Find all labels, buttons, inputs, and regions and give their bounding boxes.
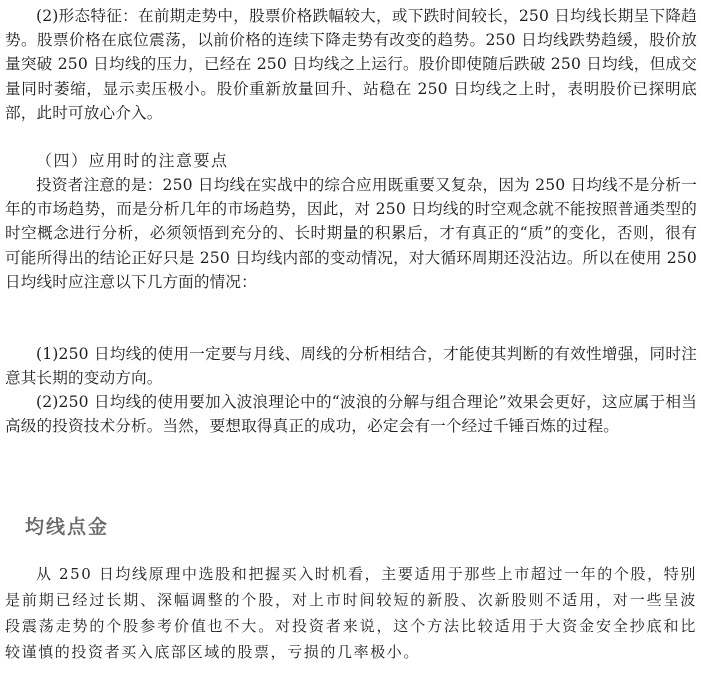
section-heading-block: （四）应用时的注意要点 — [5, 149, 697, 173]
point-2-paragraph: (2)250 日均线的使用要加入波浪理论中的“波浪的分解与组合理论”效果会更好，… — [5, 390, 697, 438]
point-1-block: (1)250 日均线的使用一定要与月线、周线的分析相结合，才能使其判断的有效性增… — [5, 342, 697, 390]
point-2-block: (2)250 日均线的使用要加入波浪理论中的“波浪的分解与组合理论”效果会更好，… — [5, 390, 697, 438]
application-intro-block: 投资者注意的是：250 日均线在实战中的综合应用既重要又复杂，因为 250 日均… — [5, 173, 697, 294]
tip-box-heading: 均线点金 — [25, 512, 109, 539]
tip-box-body: 从 250 日均线原理中选股和把握买入时机看，主要适用于那些上市超过一年的个股，… — [5, 561, 697, 665]
application-intro-paragraph: 投资者注意的是：250 日均线在实战中的综合应用既重要又复杂，因为 250 日均… — [5, 173, 697, 294]
section-heading: （四）应用时的注意要点 — [5, 149, 697, 173]
form-features-block: (2)形态特征：在前期走势中，股票价格跌幅较大，或下跌时间较长，250 日均线长… — [5, 4, 697, 125]
point-1-paragraph: (1)250 日均线的使用一定要与月线、周线的分析相结合，才能使其判断的有效性增… — [5, 342, 697, 390]
form-features-paragraph: (2)形态特征：在前期走势中，股票价格跌幅较大，或下跌时间较长，250 日均线长… — [5, 4, 697, 125]
